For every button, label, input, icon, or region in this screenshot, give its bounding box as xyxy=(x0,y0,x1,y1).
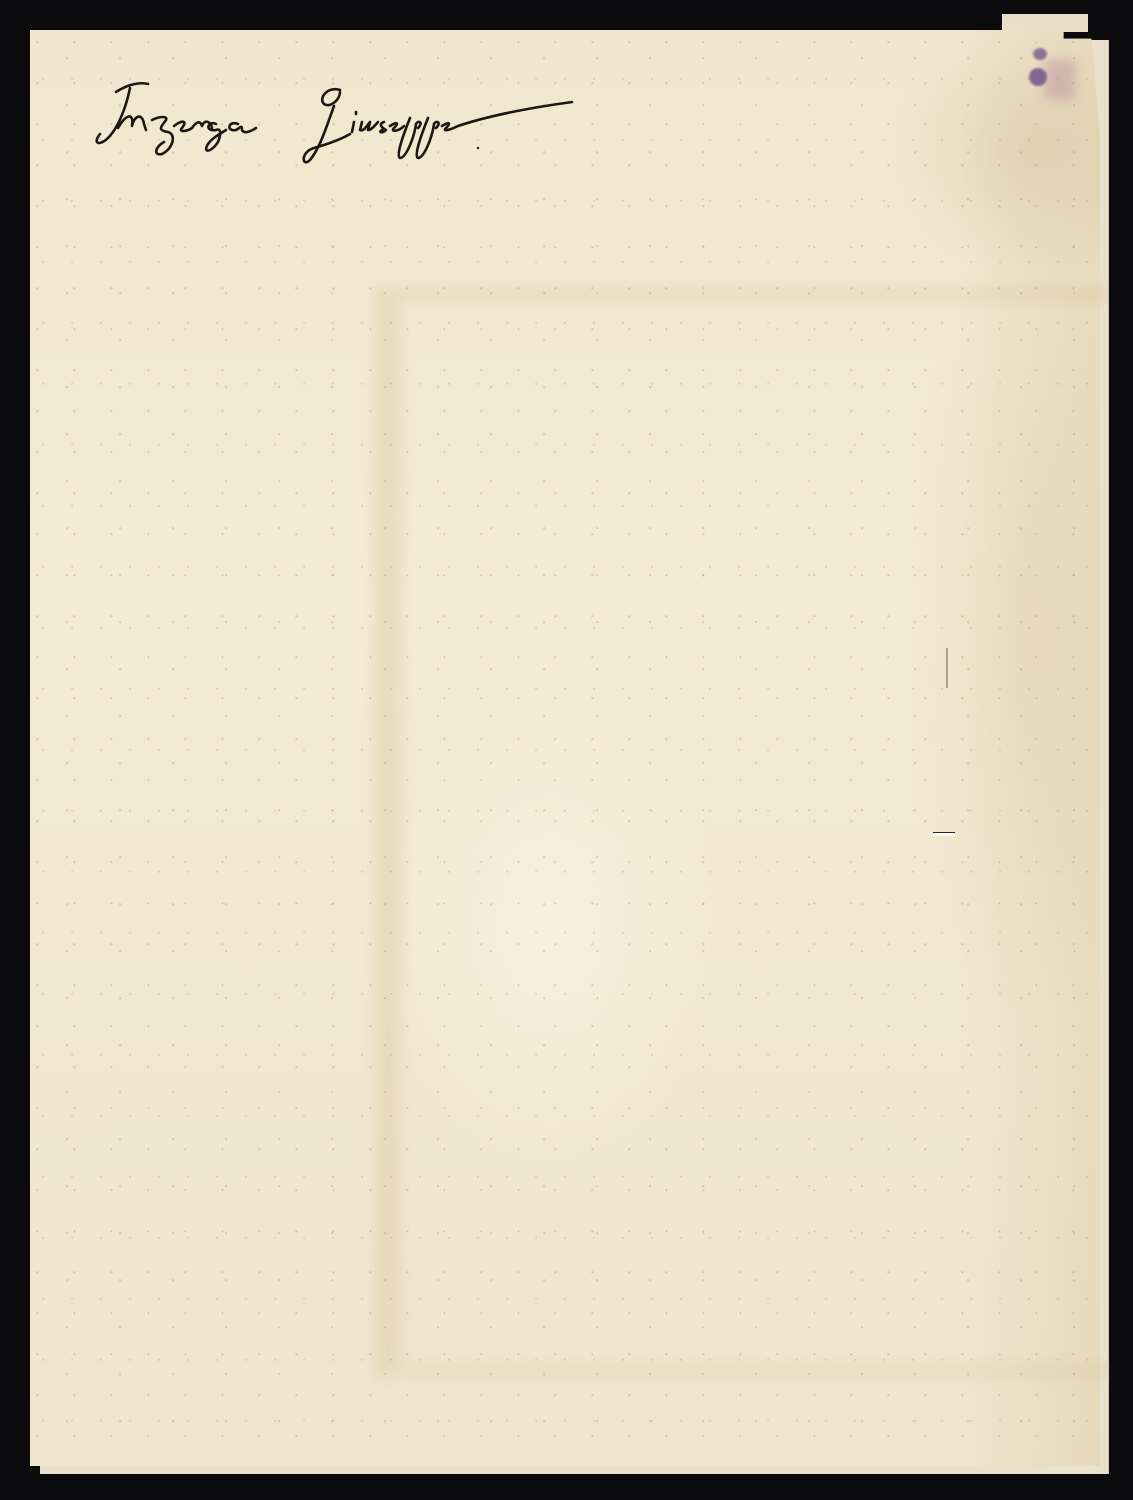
plate-mark-stain xyxy=(375,285,1121,1379)
purple-ink-smear xyxy=(1045,60,1075,100)
paper-crease-mark xyxy=(933,832,955,836)
paper-sheet xyxy=(30,30,1100,1466)
edge-discoloration xyxy=(960,30,1100,1466)
scanned-page: Inzenga Giuseppe xyxy=(0,0,1133,1500)
torn-paper-strip xyxy=(1002,14,1088,32)
pencil-mark xyxy=(946,648,948,688)
purple-ink-dot xyxy=(1029,68,1047,86)
handwritten-signature: Inzenga Giuseppe xyxy=(78,68,578,178)
purple-ink-dot xyxy=(1033,48,1047,60)
signature-script-icon xyxy=(78,68,578,178)
